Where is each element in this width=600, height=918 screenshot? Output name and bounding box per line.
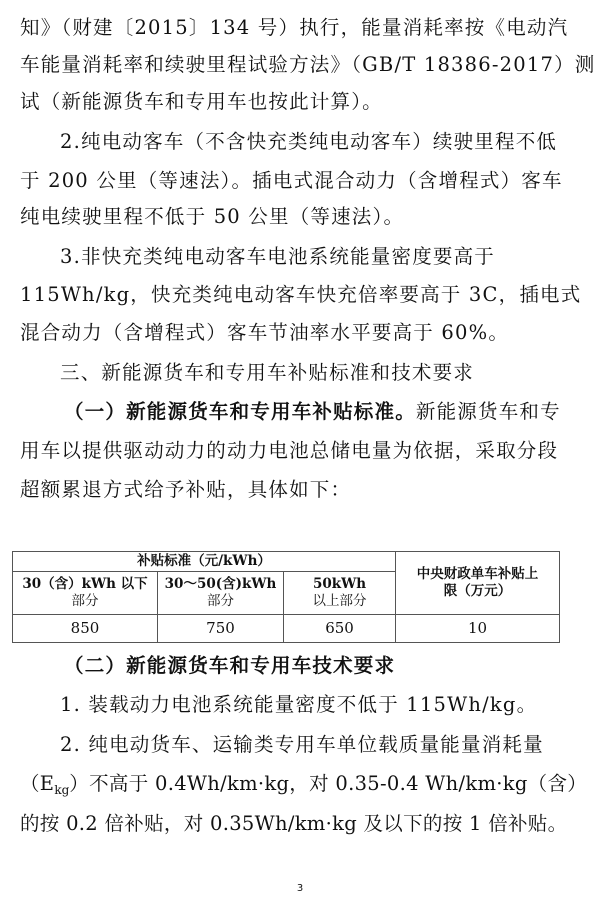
paragraph-line: 知》（财建〔2015〕134 号）执行，能量消耗率按《电动汽 — [20, 16, 580, 40]
cap-header-line: 中央财政单车补贴上 — [398, 566, 557, 583]
column-header: 30～50(含)kWh 部分 — [158, 572, 284, 615]
paragraph-line: 试（新能源货车和专用车也按此计算）。 — [20, 90, 580, 114]
item-3-line: 115Wh/kg，快充类纯电动客车快充倍率要高于 3C，插电式 — [20, 283, 580, 307]
subsidy-table: 补贴标准（元/kWh） 中央财政单车补贴上 限（万元） 30（含）kWh 以下 … — [12, 551, 560, 643]
subsection-2-item-2-line: 的按 0.2 倍补贴，对 0.35Wh/km·kg 及以下的按 1 倍补贴。 — [20, 812, 580, 836]
subsection-2-heading: （二）新能源货车和专用车技术要求 — [64, 654, 600, 678]
table-cell: 650 — [284, 615, 396, 643]
subsection-1-text: 新能源货车和专 — [416, 400, 561, 423]
paragraph-line: 车能量消耗率和续驶里程试验方法》（GB/T 18386-2017）测 — [20, 53, 580, 77]
subsection-2-item-1: 1. 装载动力电池系统能量密度不低于 115Wh/kg。 — [60, 693, 600, 717]
subscript: kg — [54, 783, 69, 797]
column-header-line: 部分 — [160, 593, 281, 610]
subsection-2-item-2-line: 2. 纯电动货车、运输类专用车单位载质量能量消耗量 — [60, 733, 600, 757]
column-header-line: 30～50(含)kWh — [160, 576, 281, 593]
item-3-line: 混合动力（含增程式）客车节油率水平要高于 60%。 — [20, 321, 580, 345]
column-header-line: 以上部分 — [286, 593, 393, 610]
item-3-line: 3.非快充类纯电动客车电池系统能量密度要高于 — [60, 245, 600, 269]
page-number: 3 — [0, 883, 600, 894]
column-header-line: 部分 — [15, 593, 155, 610]
table-cell: 750 — [158, 615, 284, 643]
column-header: 30（含）kWh 以下 部分 — [13, 572, 158, 615]
column-header-line: 30（含）kWh 以下 — [15, 576, 155, 593]
section-heading: 三、新能源货车和专用车补贴标准和技术要求 — [60, 361, 600, 385]
column-header: 50kWh 以上部分 — [284, 572, 396, 615]
subsection-1-heading: （一）新能源货车和专用车补贴标准。 — [64, 400, 416, 423]
subsection-1-line: 用车以提供驱动动力的动力电池总储电量为依据，采取分段 — [20, 439, 580, 463]
text-segment: （E — [20, 772, 54, 795]
group-header: 补贴标准（元/kWh） — [13, 552, 396, 572]
table-row: 850 750 650 10 — [13, 615, 560, 643]
cap-header: 中央财政单车补贴上 限（万元） — [396, 552, 560, 615]
column-header-line: 50kWh — [286, 576, 393, 593]
subsection-2-item-2-line: （Ekg）不高于 0.4Wh/km·kg，对 0.35-0.4 Wh/km·kg… — [20, 772, 580, 802]
item-2-line: 2.纯电动客车（不含快充类纯电动客车）续驶里程不低 — [60, 130, 600, 154]
table-cell: 10 — [396, 615, 560, 643]
text-segment: ）不高于 0.4Wh/km·kg，对 0.35-0.4 Wh/km·kg（含） — [69, 772, 587, 795]
item-2-line: 于 200 公里（等速法）。插电式混合动力（含增程式）客车 — [20, 169, 580, 193]
cap-header-line: 限（万元） — [398, 583, 557, 600]
table-cell: 850 — [13, 615, 158, 643]
subsection-1-first-line: （一）新能源货车和专用车补贴标准。新能源货车和专 — [64, 400, 600, 424]
table-header-row: 补贴标准（元/kWh） 中央财政单车补贴上 限（万元） — [13, 552, 560, 572]
item-2-line: 纯电续驶里程不低于 50 公里（等速法）。 — [20, 205, 580, 229]
subsection-1-line: 超额累退方式给予补贴，具体如下： — [20, 478, 580, 502]
